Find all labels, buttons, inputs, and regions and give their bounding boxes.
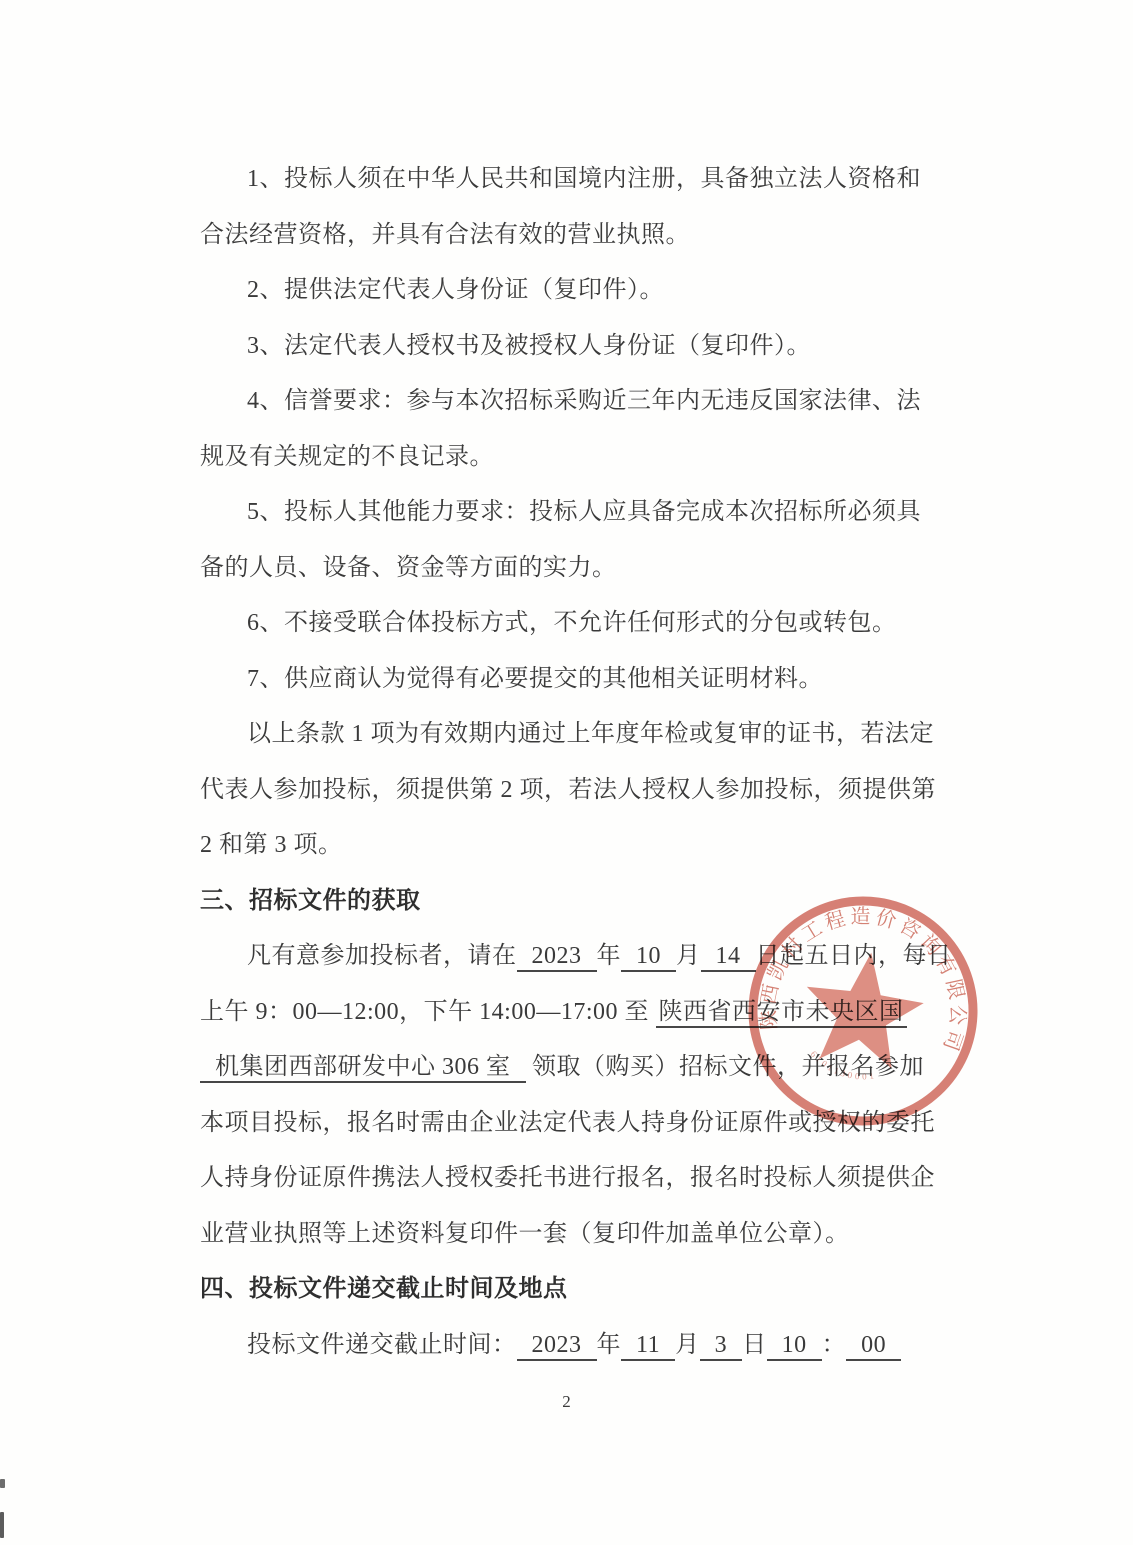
text-segment: 日 bbox=[742, 1332, 767, 1358]
underlined-text: 10 bbox=[621, 943, 676, 972]
section-heading: 三、招标文件的获取 bbox=[200, 874, 948, 930]
text-line: 上午 9：00—12:00，下午 14:00—17:00 至 陕西省西安市未央区… bbox=[200, 985, 948, 1041]
text-line: 机集团西部研发中心 306 室 领取（购买）招标文件，并报名参加 bbox=[200, 1040, 948, 1096]
text-line: 以上条款 1 项为有效期内通过上年度年检或复审的证书，若法定 bbox=[200, 707, 948, 763]
text-segment: 日起五日内，每日 bbox=[756, 943, 952, 969]
text-segment: 年 bbox=[597, 943, 622, 969]
text-segment: 1、投标人须在中华人民共和国境内注册，具备独立法人资格和 bbox=[247, 166, 921, 192]
text-line: 人持身份证原件携法人授权委托书进行报名，报名时投标人须提供企 bbox=[200, 1151, 948, 1207]
text-segment: 三、招标文件的获取 bbox=[200, 888, 421, 914]
text-segment: 人持身份证原件携法人授权委托书进行报名，报名时投标人须提供企 bbox=[200, 1165, 935, 1191]
text-segment: 备的人员、设备、资金等方面的实力。 bbox=[200, 555, 617, 581]
text-line: 合法经营资格，并具有合法有效的营业执照。 bbox=[200, 208, 948, 264]
text-segment: 以上条款 1 项为有效期内通过上年度年检或复审的证书，若法定 bbox=[247, 721, 934, 747]
document-page: 1、投标人须在中华人民共和国境内注册，具备独立法人资格和合法经营资格，并具有合法… bbox=[0, 0, 1133, 1545]
page-number: 2 bbox=[0, 1392, 1133, 1412]
text-line: 3、法定代表人授权书及被授权人身份证（复印件）。 bbox=[200, 319, 948, 375]
section-heading: 四、投标文件递交截止时间及地点 bbox=[200, 1262, 948, 1318]
text-segment: 规及有关规定的不良记录。 bbox=[200, 444, 494, 470]
underlined-text: 2023 bbox=[517, 1332, 597, 1361]
text-segment: 凡有意参加投标者，请在 bbox=[247, 943, 517, 969]
text-segment: 代表人参加投标，须提供第 2 项，若法人授权人参加投标，须提供第 bbox=[200, 777, 936, 803]
text-segment: 月 bbox=[675, 1332, 700, 1358]
underlined-text: 11 bbox=[621, 1332, 675, 1361]
text-line: 凡有意参加投标者，请在2023年10月14日起五日内，每日 bbox=[200, 929, 948, 985]
text-segment: 6、不接受联合体投标方式，不允许任何形式的分包或转包。 bbox=[247, 610, 897, 636]
underlined-text: 陕西省西安市未央区国 bbox=[656, 999, 907, 1028]
text-line: 5、投标人其他能力要求：投标人应具备完成本次招标所必须具 bbox=[200, 485, 948, 541]
text-segment: 领取（购买）招标文件，并报名参加 bbox=[526, 1054, 925, 1080]
text-segment: 四、投标文件递交截止时间及地点 bbox=[200, 1276, 568, 1302]
text-line: 备的人员、设备、资金等方面的实力。 bbox=[200, 541, 948, 597]
underlined-text: 2023 bbox=[517, 943, 597, 972]
text-line: 业营业执照等上述资料复印件一套（复印件加盖单位公章）。 bbox=[200, 1207, 948, 1263]
text-segment: 2 和第 3 项。 bbox=[200, 832, 343, 858]
text-segment: 4、信誉要求：参与本次招标采购近三年内无违反国家法律、法 bbox=[247, 388, 921, 414]
text-segment: 5、投标人其他能力要求：投标人应具备完成本次招标所必须具 bbox=[247, 499, 921, 525]
text-segment: 本项目投标，报名时需由企业法定代表人持身份证原件或授权的委托 bbox=[200, 1110, 935, 1136]
text-segment: 业营业执照等上述资料复印件一套（复印件加盖单位公章）。 bbox=[200, 1221, 850, 1247]
text-line: 6、不接受联合体投标方式，不允许任何形式的分包或转包。 bbox=[200, 596, 948, 652]
text-segment: 2、提供法定代表人身份证（复印件）。 bbox=[247, 277, 664, 303]
text-line: 1、投标人须在中华人民共和国境内注册，具备独立法人资格和 bbox=[200, 152, 948, 208]
text-line: 2 和第 3 项。 bbox=[200, 818, 948, 874]
underlined-text: 00 bbox=[846, 1332, 901, 1361]
text-segment: ： bbox=[822, 1332, 847, 1358]
text-segment: 合法经营资格，并具有合法有效的营业执照。 bbox=[200, 222, 690, 248]
text-line: 7、供应商认为觉得有必要提交的其他相关证明材料。 bbox=[200, 652, 948, 708]
text-segment: 3、法定代表人授权书及被授权人身份证（复印件）。 bbox=[247, 333, 811, 359]
text-segment: 年 bbox=[597, 1332, 622, 1358]
text-segment: 投标文件递交截止时间： bbox=[247, 1332, 517, 1358]
document-lines: 1、投标人须在中华人民共和国境内注册，具备独立法人资格和合法经营资格，并具有合法… bbox=[200, 152, 948, 1373]
text-line: 代表人参加投标，须提供第 2 项，若法人授权人参加投标，须提供第 bbox=[200, 763, 948, 819]
text-line: 2、提供法定代表人身份证（复印件）。 bbox=[200, 263, 948, 319]
text-line: 投标文件递交截止时间：2023年11月3日10：00 bbox=[200, 1318, 948, 1374]
scan-artifact bbox=[0, 1479, 5, 1488]
text-segment: 上午 9：00—12:00，下午 14:00—17:00 至 bbox=[200, 999, 656, 1025]
text-line: 4、信誉要求：参与本次招标采购近三年内无违反国家法律、法 bbox=[200, 374, 948, 430]
text-line: 本项目投标，报名时需由企业法定代表人持身份证原件或授权的委托 bbox=[200, 1096, 948, 1152]
underlined-text: 14 bbox=[701, 943, 756, 972]
text-line: 规及有关规定的不良记录。 bbox=[200, 430, 948, 486]
underlined-text: 3 bbox=[700, 1332, 743, 1361]
text-segment: 7、供应商认为觉得有必要提交的其他相关证明材料。 bbox=[247, 666, 823, 692]
scan-artifact bbox=[0, 1512, 4, 1538]
underlined-text: 10 bbox=[767, 1332, 822, 1361]
text-segment: 月 bbox=[676, 943, 701, 969]
underlined-text: 机集团西部研发中心 306 室 bbox=[200, 1054, 526, 1083]
